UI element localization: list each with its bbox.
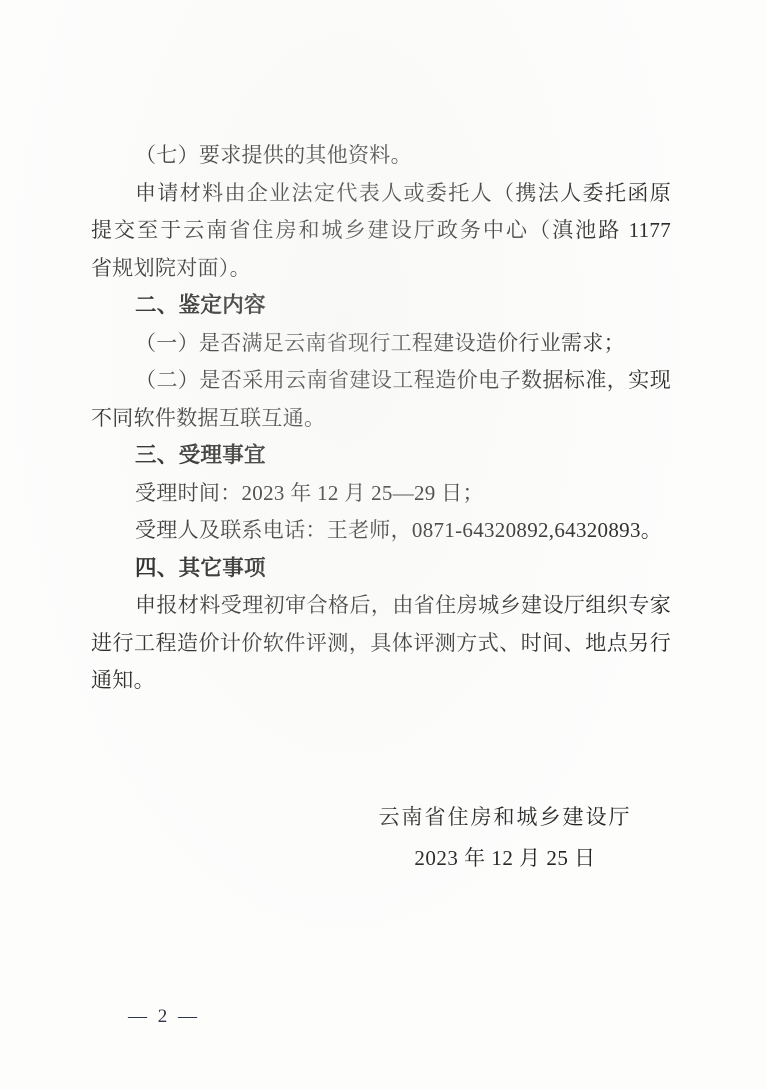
- paragraph-line: （二）是否采用云南省建设工程造价电子数据标准，实现: [91, 362, 671, 400]
- paragraph-line: 进行工程造价计价软件评测，具体评测方式、时间、地点另行: [91, 625, 671, 663]
- paragraph-line: 不同软件数据互联互通。: [91, 400, 671, 438]
- page-number: — 2 —: [128, 1006, 200, 1028]
- signature-organization: 云南省住房和城乡建设厅: [340, 797, 670, 838]
- section-heading: 二、鉴定内容: [91, 287, 671, 325]
- signature-block: 云南省住房和城乡建设厅 2023 年 12 月 25 日: [340, 797, 670, 879]
- paragraph-line: 通知。: [91, 662, 671, 700]
- section-heading: 三、受理事宜: [91, 437, 671, 475]
- document-page: （七）要求提供的其他资料。 申请材料由企业法定代表人或委托人（携法人委托函原件）…: [0, 0, 767, 1090]
- section-heading: 四、其它事项: [91, 550, 671, 588]
- paragraph-line: 申报材料受理初审合格后，由省住房城乡建设厅组织专家: [91, 587, 671, 625]
- paragraph-line: 受理人及联系电话：王老师，0871-64320892,64320893。: [91, 512, 671, 550]
- paragraph-line: （七）要求提供的其他资料。: [91, 137, 671, 175]
- paragraph-line: 提交至于云南省住房和城乡建设厅政务中心（滇池路 1177 号，: [91, 212, 671, 250]
- document-body: （七）要求提供的其他资料。 申请材料由企业法定代表人或委托人（携法人委托函原件）…: [91, 137, 671, 700]
- paragraph-line: 受理时间：2023 年 12 月 25—29 日；: [91, 475, 671, 513]
- signature-date: 2023 年 12 月 25 日: [340, 838, 670, 879]
- paragraph-line: 省规划院对面）。: [91, 250, 671, 288]
- paragraph-line: （一）是否满足云南省现行工程建设造价行业需求；: [91, 325, 671, 363]
- paragraph-line: 申请材料由企业法定代表人或委托人（携法人委托函原件）: [91, 175, 671, 213]
